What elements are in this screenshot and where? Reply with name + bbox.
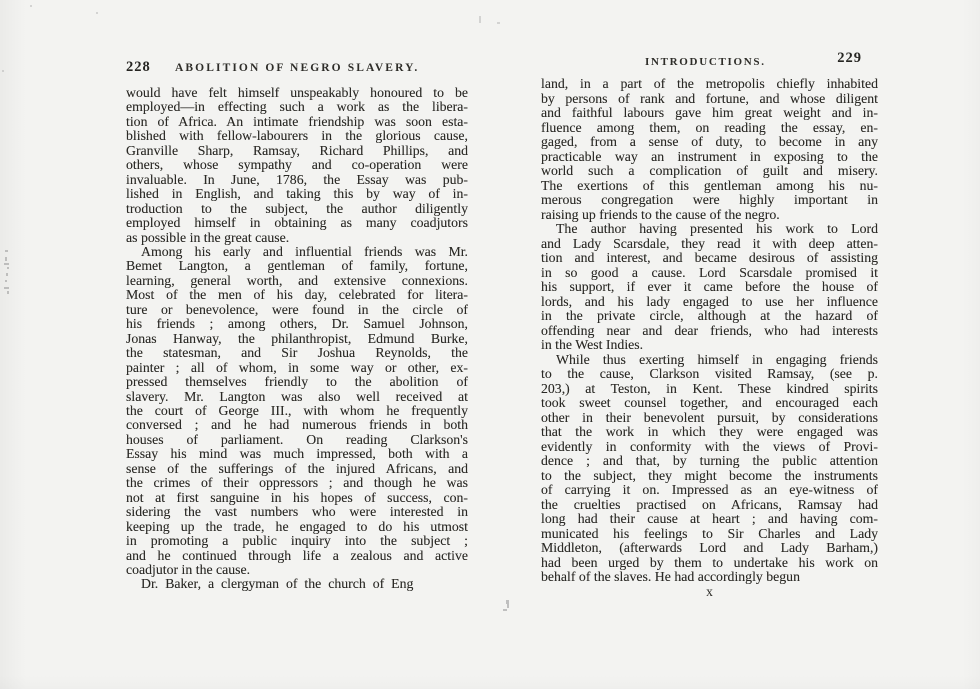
text-line: tion and interest, and became desirous o… [541, 251, 878, 266]
text-line: his friends ; among others, Dr. Samuel J… [126, 317, 468, 331]
text-line: others, whose sympathy and co-operation … [126, 158, 468, 172]
scan-artifact [2, 70, 4, 72]
scan-artifact [96, 12, 98, 14]
running-title-right: INTRODUCTIONS. [645, 56, 766, 68]
scan-artifact [5, 250, 8, 252]
scan-artifact [503, 609, 507, 611]
text-line: The exertions of this gentleman among hi… [541, 179, 878, 194]
text-line: Dr. Baker, a clergyman of the church of … [126, 577, 468, 591]
text-line: the statesman, and Sir Joshua Reynolds, … [126, 346, 468, 360]
text-line: in the private circle, although at the h… [541, 309, 878, 324]
text-line: long had their cause at heart ; and havi… [541, 512, 878, 527]
text-line: Most of the men of his day, celebrated f… [126, 288, 468, 302]
text-line: Among his early and influential friends … [126, 245, 468, 259]
text-line: of carrying it on. Impressed as an eye-w… [541, 483, 878, 498]
page-header-right: INTRODUCTIONS. 229 [541, 50, 878, 77]
running-title-left: ABOLITION OF NEGRO SLAVERY. [175, 62, 419, 74]
scan-artifact [479, 16, 481, 23]
scan-artifact [5, 280, 7, 282]
text-line: Granville Sharp, Ramsay, Richard Phillip… [126, 144, 468, 158]
page-right: INTRODUCTIONS. 229 land, in a part of th… [541, 50, 878, 600]
scan-artifact [30, 5, 32, 7]
text-line: had been urged by them to undertake his … [541, 556, 878, 571]
text-line: employed—in effecting such a work as the… [126, 100, 468, 114]
text-line: coadjutor in the cause. [126, 563, 468, 577]
text-line: the court of George III., with whom he f… [126, 404, 468, 418]
text-line: ture or benevolence, were found in the c… [126, 303, 468, 317]
text-line: practicable way an instrument in exposin… [541, 150, 878, 165]
text-line: houses of parliament. On reading Clarkso… [126, 433, 468, 447]
text-line: Essay his mind was much impressed, both … [126, 447, 468, 461]
page-body-right: land, in a part of the metropolis chiefl… [541, 77, 878, 585]
text-line: the cruelties practised on Africans, Ram… [541, 498, 878, 513]
page-number-right: 229 [837, 50, 862, 67]
text-line: sidering the vast numbers who were inter… [126, 505, 468, 519]
scan-artifact [5, 257, 7, 261]
text-line: world such a complication of guilt and m… [541, 164, 878, 179]
book-scan: 228 ABOLITION OF NEGRO SLAVERY. would ha… [0, 0, 980, 689]
text-line: would have felt himself unspeakably hono… [126, 86, 468, 100]
scan-artifact [7, 267, 9, 269]
page-body-left: would have felt himself unspeakably hono… [126, 86, 468, 592]
text-line: sense of the sufferings of the injured A… [126, 462, 468, 476]
paragraph: Dr. Baker, a clergyman of the church of … [126, 577, 468, 591]
text-line: While thus exerting himself in engaging … [541, 353, 878, 368]
text-line: in promoting a public inquiry into the s… [126, 534, 468, 548]
text-line: 203,) at Teston, in Kent. These kindred … [541, 382, 878, 397]
paragraph: land, in a part of the metropolis chiefl… [541, 77, 878, 222]
text-line: lords, and his lady engaged to use her i… [541, 295, 878, 310]
text-line: dence ; and that, by turning the public … [541, 454, 878, 469]
text-line: troduction to the subject, the author di… [126, 202, 468, 216]
scan-artifact [4, 287, 9, 289]
text-line: in so good a cause. Lord Scarsdale promi… [541, 266, 878, 281]
scan-artifact [507, 604, 509, 608]
text-line: pressed themselves friendly to the aboli… [126, 375, 468, 389]
text-line: offending near and dear friends, who had… [541, 324, 878, 339]
text-line: not at first sanguine in his hopes of su… [126, 491, 468, 505]
text-line: learning, general worth, and extensive c… [126, 274, 468, 288]
text-line: Jonas Hanway, the philanthropist, Edmund… [126, 332, 468, 346]
text-line: painter ; all of whom, in some way or ot… [126, 361, 468, 375]
scan-artifact [497, 22, 500, 24]
text-line: slavery. Mr. Langton was also well recei… [126, 390, 468, 404]
text-line: as possible in the great cause. [126, 231, 468, 245]
text-line: lished in English, and taking this by wa… [126, 187, 468, 201]
text-line: invaluable. In June, 1786, the Essay was… [126, 173, 468, 187]
signature-mark: x [541, 584, 878, 600]
text-line: keeping up the trade, he engaged to do h… [126, 520, 468, 534]
paragraph: While thus exerting himself in engaging … [541, 353, 878, 585]
page-left: 228 ABOLITION OF NEGRO SLAVERY. would ha… [126, 58, 468, 592]
text-line: his support, if ever it came before the … [541, 280, 878, 295]
text-line: merous congregation were highly importan… [541, 193, 878, 208]
text-line: by persons of rank and fortune, and whos… [541, 92, 878, 107]
text-line: other in their benevolent pursuit, by co… [541, 411, 878, 426]
text-line: and faithful labours gave him great weig… [541, 106, 878, 121]
scan-artifact [7, 291, 9, 294]
text-line: tion of Africa. An intimate friendship w… [126, 115, 468, 129]
text-line: evidently in conformity with the views o… [541, 440, 878, 455]
scan-artifact [4, 263, 9, 265]
text-line: land, in a part of the metropolis chiefl… [541, 77, 878, 92]
text-line: employed himself in obtaining as many co… [126, 216, 468, 230]
text-line: to the subject, they might become the in… [541, 469, 878, 484]
text-line: conversed ; and he had numerous friends … [126, 418, 468, 432]
text-line: municated his feelings to Sir Charles an… [541, 527, 878, 542]
text-line: and he continued through life a zealous … [126, 549, 468, 563]
paragraph: The author having presented his work to … [541, 222, 878, 353]
text-line: that the work in which they were engaged… [541, 425, 878, 440]
page-number-left: 228 [126, 59, 151, 76]
text-line: in the West Indies. [541, 338, 878, 353]
text-line: raising up friends to the cause of the n… [541, 208, 878, 223]
text-line: the crimes of their oppressors ; and tho… [126, 476, 468, 490]
text-line: blished with fellow-labourers in the glo… [126, 129, 468, 143]
text-line: The author having presented his work to … [541, 222, 878, 237]
scan-artifact [6, 273, 8, 276]
paragraph: would have felt himself unspeakably hono… [126, 86, 468, 245]
text-line: and Lady Scarsdale, they read it with de… [541, 237, 878, 252]
text-line: took sweet counsel together, and encoura… [541, 396, 878, 411]
text-line: to the cause, Clarkson visited Ramsay, (… [541, 367, 878, 382]
text-line: Bemet Langton, a gentleman of family, fo… [126, 259, 468, 273]
text-line: behalf of the slaves. He had accordingly… [541, 570, 878, 585]
text-line: gaged, from a sense of duty, to become i… [541, 135, 878, 150]
paragraph: Among his early and influential friends … [126, 245, 468, 577]
page-header-left: 228 ABOLITION OF NEGRO SLAVERY. [126, 58, 468, 86]
text-line: Middleton, (afterwards Lord and Lady Bar… [541, 541, 878, 556]
text-line: fluence among them, on reading the essay… [541, 121, 878, 136]
